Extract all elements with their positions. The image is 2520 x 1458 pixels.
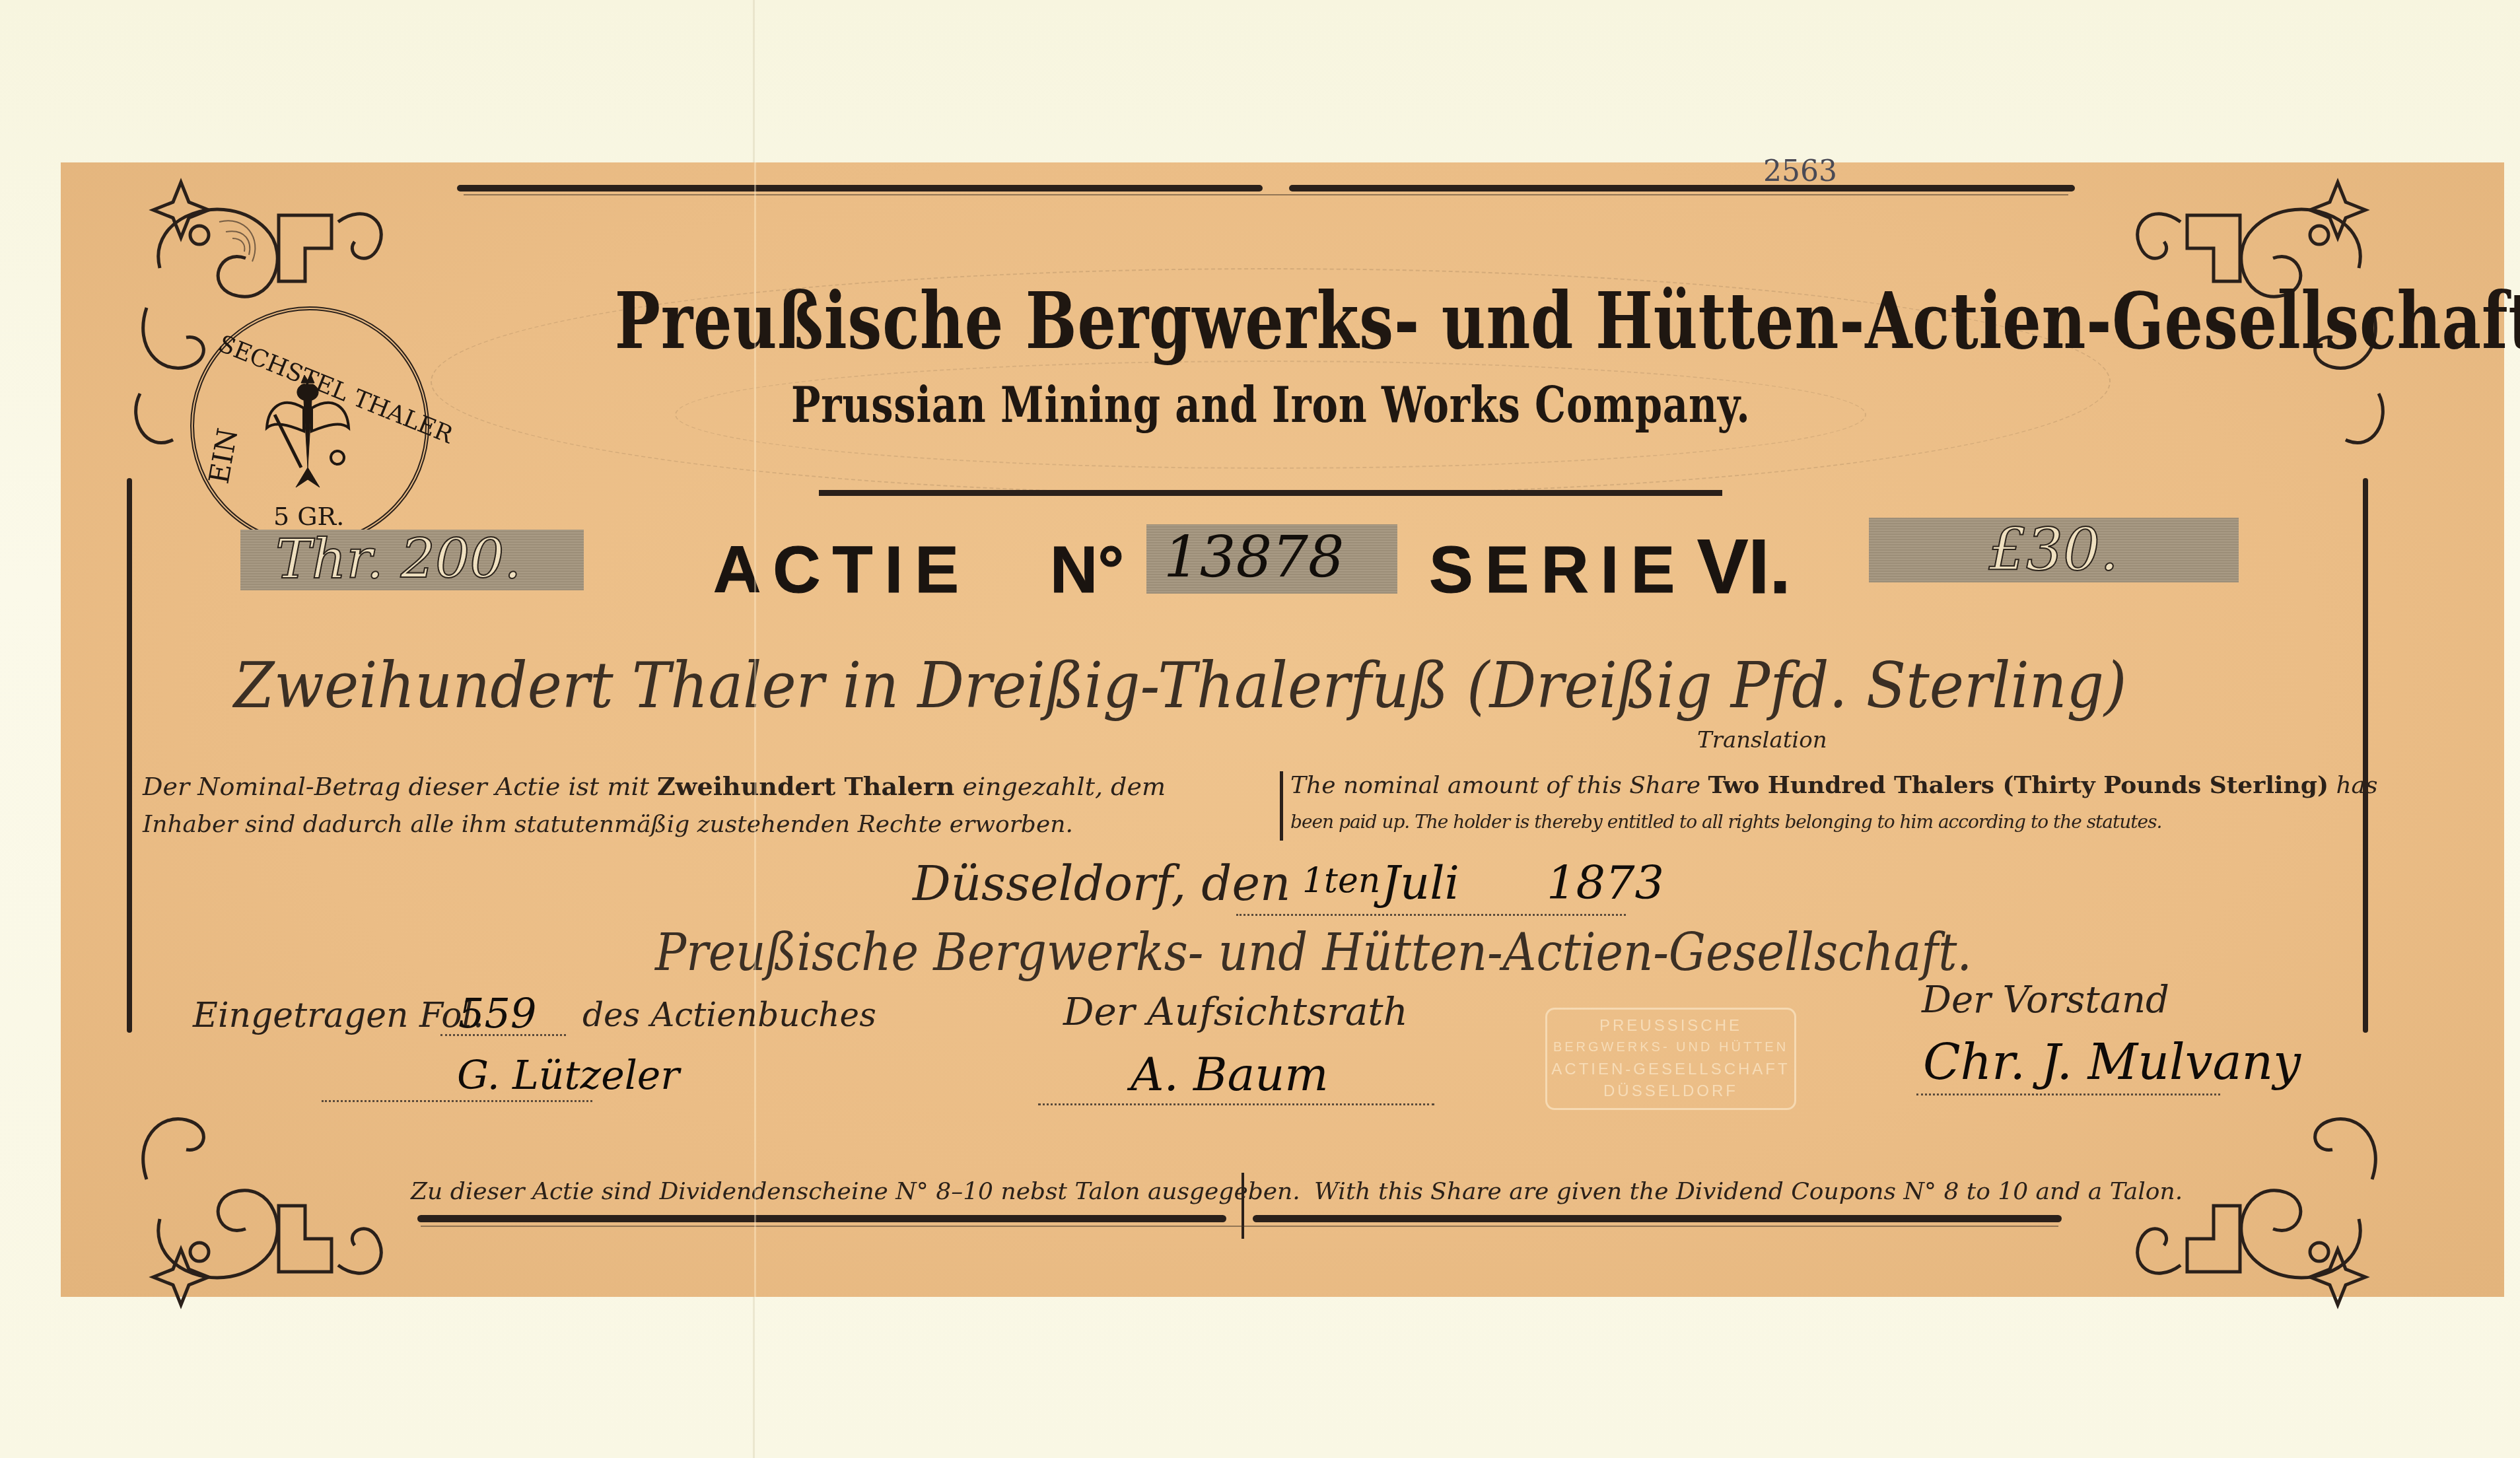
company-title-en: Prussian Mining and Iron Works Company. [791, 377, 1679, 434]
date-dotted-line [1236, 914, 1626, 916]
bottom-border-left [417, 1215, 1226, 1222]
date-year: 1873 [1547, 856, 1664, 910]
seal-ring-left: EIN [203, 426, 244, 486]
date-place: Düsseldorf, den [913, 856, 1290, 911]
stamp-line-4: DÜSSELDORF [1547, 1080, 1794, 1102]
stamp-line-1: PREUSSISCHE [1547, 1015, 1794, 1037]
sterling-amount: £30. [1989, 516, 2118, 584]
board-label: Der Vorstand [1922, 979, 2169, 1022]
stamp-line-2: BERGWERKS- UND HÜTTEN [1547, 1037, 1794, 1059]
share-certificate: 2563 [61, 162, 2504, 1297]
right-border [2363, 478, 2368, 1033]
registration-dotted-line [440, 1034, 566, 1036]
paragraph-de-amount: Zweihundert Thalern [657, 771, 954, 801]
number-label: N° [1050, 532, 1124, 608]
serie-value: VI. [1697, 522, 1791, 611]
footer-divider [1242, 1173, 1244, 1239]
date-day: 1ten [1302, 861, 1380, 901]
paragraph-en-line1-a: The nominal amount of this Share [1290, 772, 1700, 799]
supervisory-board-signature: A. Baum [1131, 1047, 1329, 1101]
left-border [127, 478, 132, 1033]
paragraph-en-amount: Two Hundred Thalers (Thirty Pounds Sterl… [1708, 771, 2328, 799]
registration-label-b: des Actienbuches [582, 996, 876, 1034]
seal-value: 5 GR. [273, 502, 344, 531]
amount-in-words: Zweihundert Thaler in Dreißig-Thalerfuß … [234, 648, 2127, 722]
registration-label-a: Eingetragen Fol. [193, 996, 484, 1035]
archive-number: 2563 [1763, 155, 1837, 188]
top-border-left [457, 185, 1263, 191]
translation-label: Translation [1697, 727, 1827, 753]
footer-text-en: With this Share are given the Dividend C… [1314, 1178, 2183, 1205]
thaler-amount: Thr. 200. [275, 528, 521, 591]
company-name-script: Preußische Bergwerks- und Hütten-Actien-… [655, 923, 1972, 983]
bottom-border-right [1253, 1215, 2062, 1222]
top-border-shadow [464, 194, 2068, 195]
board-signature-line [1916, 1093, 2220, 1095]
registration-signature-line [322, 1100, 592, 1102]
paragraph-de-line1-b: eingezahlt, dem [962, 772, 1166, 801]
footer-text-de: Zu dieser Actie sind Dividendenscheine N… [411, 1178, 1300, 1205]
registration-folio: 559 [458, 989, 536, 1037]
paragraph-divider [1280, 771, 1283, 841]
supervisory-board-line [1038, 1103, 1434, 1105]
serie-label: SERIE [1429, 532, 1687, 608]
paragraph-en-line1-b: has [2336, 772, 2377, 799]
supervisory-board-label: Der Aufsichtsrath [1063, 989, 1408, 1034]
title-underline [819, 490, 1722, 496]
actie-label: ACTIE [713, 532, 971, 608]
tax-seal: EIN SECHSTEL THALER 5 GR. [190, 306, 429, 545]
paragraph-en-line2: been paid up. The holder is thereby enti… [1290, 811, 2161, 833]
stamp-line-3: ACTIEN-GESELLSCHAFT [1547, 1059, 1794, 1080]
paragraph-de-line1-a: Der Nominal-Betrag dieser Actie ist mit [143, 772, 649, 801]
share-number: 13878 [1164, 524, 1345, 590]
company-title-de: Preußische Bergwerks- und Hütten-Actien-… [615, 275, 1789, 366]
paragraph-de-line2: Inhaber sind dadurch alle ihm statutenmä… [143, 811, 1073, 838]
date-month: Juli [1382, 856, 1459, 910]
top-border-right [1289, 185, 2075, 191]
paragraph-en-line1: The nominal amount of this Share Two Hun… [1290, 771, 2378, 799]
prussian-eagle-icon [255, 368, 361, 494]
bottom-border-shadow [421, 1226, 2058, 1227]
ornament-bottom-left-icon [114, 1047, 404, 1311]
registration-signature: G. Lützeler [457, 1053, 680, 1099]
board-signature: Chr. J. Mulvany [1923, 1034, 2301, 1091]
embossed-company-stamp: PREUSSISCHE BERGWERKS- UND HÜTTEN ACTIEN… [1545, 1008, 1796, 1110]
paragraph-de-line1: Der Nominal-Betrag dieser Actie ist mit … [143, 771, 1166, 801]
